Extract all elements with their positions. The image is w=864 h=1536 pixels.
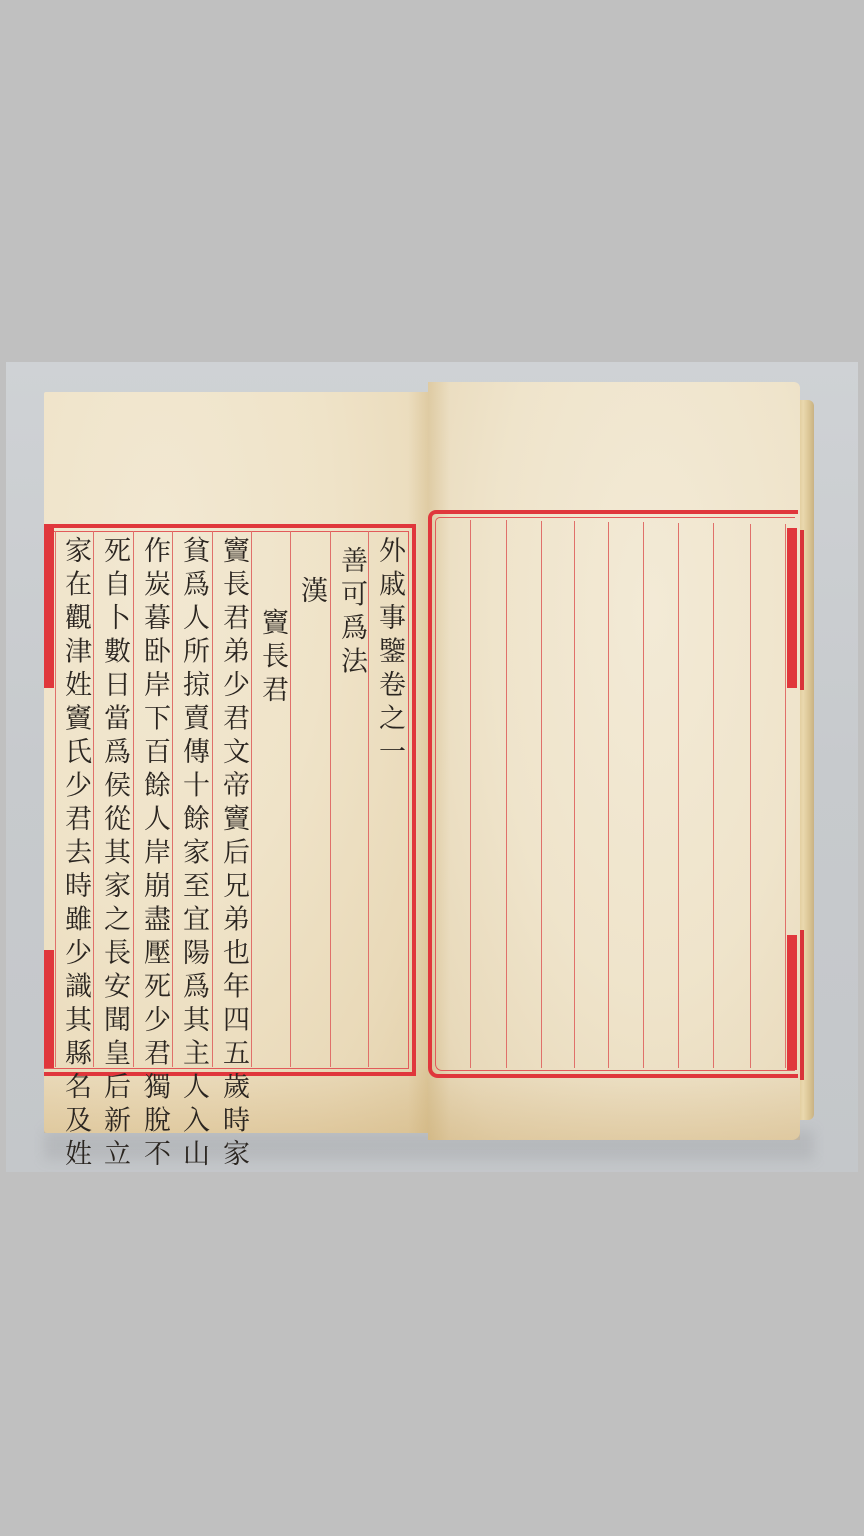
body-column-5: 家在觀津姓竇氏少君去時雖少識其縣名及姓 <box>57 536 93 1173</box>
column-rule <box>55 531 56 1067</box>
fishtail-mark <box>787 528 797 688</box>
column-rule <box>574 521 575 1068</box>
right-page-border <box>428 510 798 1078</box>
body-column-2: 貧爲人所掠賣傳十餘家至宜陽爲其主人入山 <box>175 536 211 1173</box>
column-rule <box>643 522 644 1068</box>
fishtail-mark <box>44 950 54 1068</box>
column-rule <box>93 531 94 1067</box>
column-rule <box>290 531 291 1067</box>
fishtail-mark <box>787 935 797 1070</box>
column-rule <box>133 531 134 1067</box>
column-rule <box>713 523 714 1068</box>
column-rule <box>506 520 507 1068</box>
column-rule <box>785 524 786 1068</box>
right-page-inner-border <box>435 517 795 1071</box>
fishtail-mark <box>44 528 54 688</box>
body-column-1: 竇長君弟少君文帝竇后兄弟也年四五歲時家 <box>215 536 251 1173</box>
column-rule <box>330 531 331 1067</box>
column-rule <box>541 521 542 1068</box>
section-heading: 善可爲法 <box>333 546 369 680</box>
foxing-stain <box>428 1070 800 1140</box>
volume-title: 外戚事鑒卷之一 <box>371 536 407 771</box>
body-column-3: 作炭暮卧岸下百餘人岸崩盡壓死少君獨脫不 <box>136 536 172 1173</box>
column-rule <box>212 531 213 1067</box>
column-rule <box>470 520 471 1068</box>
column-rule <box>172 531 173 1067</box>
column-rule <box>750 524 751 1068</box>
body-column-4: 死自卜數日當爲侯從其家之長安聞皇后新立 <box>96 536 132 1173</box>
dynasty-heading: 漢 <box>293 576 329 610</box>
entry-heading: 竇長君 <box>254 608 290 709</box>
column-rule <box>678 523 679 1068</box>
column-rule <box>608 522 609 1068</box>
column-rule <box>251 531 252 1067</box>
